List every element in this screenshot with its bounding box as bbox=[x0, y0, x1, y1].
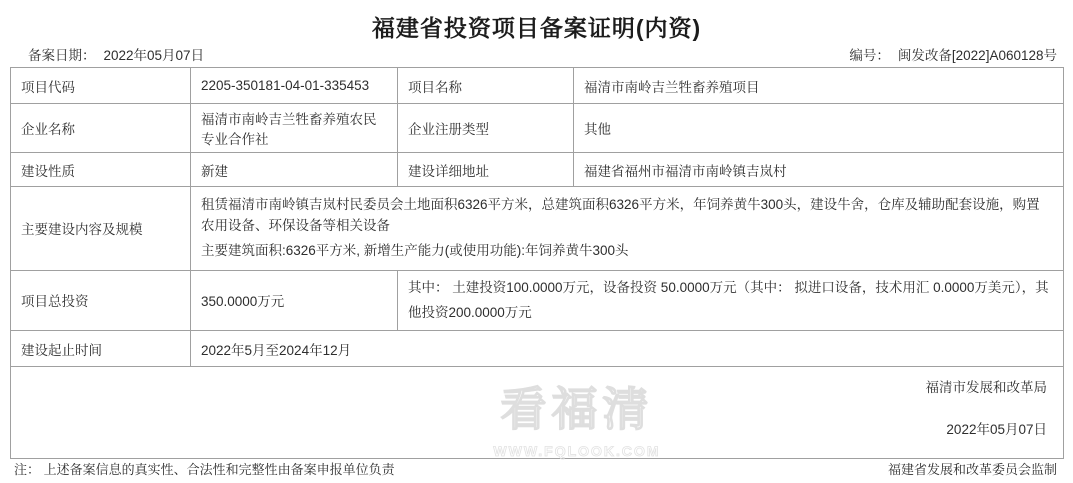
footer-note: 注： 上述备案信息的真实性、合法性和完整性由备案申报单位负责 bbox=[14, 459, 395, 478]
main-content-label: 主要建设内容及规模 bbox=[11, 187, 191, 271]
signature-row: 福清市发展和改革局 2022年05月07日 bbox=[11, 367, 1064, 459]
signature-authority: 福清市发展和改革局 bbox=[21, 376, 1047, 396]
address-label: 建设详细地址 bbox=[398, 153, 574, 187]
certificate-number-value: 闽发改备[2022]A060128号 bbox=[898, 48, 1057, 63]
address-value: 福建省福州市福清市南岭镇吉岚村 bbox=[574, 153, 1064, 187]
table-row: 项目总投资 350.0000万元 其中： 土建投资100.0000万元，设备投资… bbox=[11, 270, 1064, 330]
enterprise-name-label: 企业名称 bbox=[11, 104, 191, 153]
certificate-page: 福建省投资项目备案证明(内资) 备案日期：2022年05月07日 编号：闽发改备… bbox=[0, 0, 1073, 483]
table-row: 建设起止时间 2022年5月至2024年12月 bbox=[11, 331, 1064, 367]
footer-supervisor: 福建省发展和改革委员会监制 bbox=[888, 459, 1057, 478]
main-content-line1: 租赁福清市南岭镇吉岚村民委员会土地面积6326平方米，总建筑面积6326平方米，… bbox=[201, 195, 1053, 237]
filing-date-value: 2022年05月07日 bbox=[104, 48, 205, 63]
total-investment-value: 350.0000万元 bbox=[191, 270, 398, 330]
certificate-table: 项目代码 2205-350181-04-01-335453 项目名称 福清市南岭… bbox=[10, 67, 1064, 459]
registration-type-label: 企业注册类型 bbox=[398, 104, 574, 153]
main-content-line2: 主要建筑面积:6326平方米, 新增生产能力(或使用功能):年饲养黄牛300头 bbox=[201, 241, 1053, 262]
meta-row: 备案日期：2022年05月07日 编号：闽发改备[2022]A060128号 bbox=[0, 44, 1073, 66]
construction-period-value: 2022年5月至2024年12月 bbox=[191, 331, 1064, 367]
signature-block: 福清市发展和改革局 2022年05月07日 bbox=[21, 376, 1053, 450]
registration-type-value: 其他 bbox=[574, 104, 1064, 153]
investment-breakdown: 其中： 土建投资100.0000万元，设备投资 50.0000万元（其中： 拟进… bbox=[398, 270, 1064, 330]
construction-period-label: 建设起止时间 bbox=[11, 331, 191, 367]
main-content-value: 租赁福清市南岭镇吉岚村民委员会土地面积6326平方米，总建筑面积6326平方米，… bbox=[191, 187, 1064, 271]
signature-date: 2022年05月07日 bbox=[21, 418, 1047, 438]
project-code-value: 2205-350181-04-01-335453 bbox=[191, 68, 398, 104]
project-name-label: 项目名称 bbox=[398, 68, 574, 104]
filing-date-label: 备案日期： bbox=[28, 48, 96, 63]
signature-cell: 福清市发展和改革局 2022年05月07日 bbox=[11, 367, 1064, 459]
construction-nature-label: 建设性质 bbox=[11, 153, 191, 187]
filing-date: 备案日期：2022年05月07日 bbox=[28, 44, 204, 64]
total-investment-label: 项目总投资 bbox=[11, 270, 191, 330]
certificate-number-label: 编号： bbox=[849, 48, 890, 63]
project-name-value: 福清市南岭吉兰牲畜养殖项目 bbox=[574, 68, 1064, 104]
table-row: 主要建设内容及规模 租赁福清市南岭镇吉岚村民委员会土地面积6326平方米，总建筑… bbox=[11, 187, 1064, 271]
construction-nature-value: 新建 bbox=[191, 153, 398, 187]
table-row: 项目代码 2205-350181-04-01-335453 项目名称 福清市南岭… bbox=[11, 68, 1064, 104]
table-row: 企业名称 福清市南岭吉兰牲畜养殖农民专业合作社 企业注册类型 其他 bbox=[11, 104, 1064, 153]
table-row: 建设性质 新建 建设详细地址 福建省福州市福清市南岭镇吉岚村 bbox=[11, 153, 1064, 187]
page-title: 福建省投资项目备案证明(内资) bbox=[0, 0, 1073, 43]
certificate-number: 编号：闽发改备[2022]A060128号 bbox=[849, 44, 1057, 64]
project-code-label: 项目代码 bbox=[11, 68, 191, 104]
enterprise-name-value: 福清市南岭吉兰牲畜养殖农民专业合作社 bbox=[191, 104, 398, 153]
